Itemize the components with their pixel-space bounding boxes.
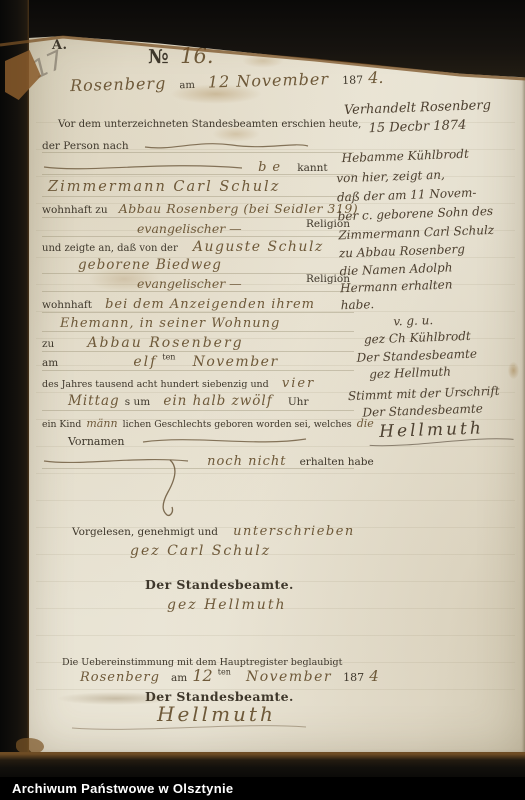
form-line-registrar-title: Der Standesbeamte.	[42, 574, 354, 593]
form-line-residence1: wohnhaft bei dem Anzeigenden ihrem	[42, 293, 354, 313]
certify-am-printed: am	[171, 672, 187, 684]
year-digit-handwritten: 4.	[368, 68, 384, 87]
zu-printed: zu	[42, 338, 54, 350]
form-line-certify-date: Rosenberg am 12 ten November 187 4	[42, 666, 354, 685]
mother-birthname-handwritten: geborene Biedweg	[78, 257, 222, 273]
archive-scan-root: A. № 16. Rosenberg am 12 November 187 4.…	[0, 0, 525, 800]
form-line-declarant: Zimmermann Carl Schulz	[42, 176, 354, 197]
bekannt-printed: kannt	[297, 162, 327, 174]
margin-line: daß der am 11 Novem-	[337, 186, 477, 205]
numero-symbol: №	[148, 46, 169, 68]
margin-line: Hermann erhalten	[340, 277, 453, 295]
certify-day-handwritten: 12	[192, 666, 212, 685]
margin-line: von hier, zeigt an,	[336, 168, 445, 186]
ink-flourish	[140, 434, 310, 448]
am-printed2: am	[42, 357, 58, 369]
form-line-person-nach: der Person nach	[42, 134, 354, 153]
mother-name-handwritten: Auguste Schulz	[193, 239, 324, 255]
kind-suffix-printed: lichen Geschlechts geboren worden sei, w…	[123, 419, 352, 430]
s-um-printed: s um	[125, 396, 150, 408]
daytime-handwritten: Mittag	[68, 393, 120, 409]
margin-line: 15 Decbr 1874	[368, 118, 466, 136]
closing-handwritten: unterschrieben	[233, 524, 355, 539]
certify-month-handwritten: November	[246, 669, 332, 685]
ink-flourish	[42, 160, 247, 174]
bekannt-handwritten: be	[258, 160, 286, 175]
form-line-names: noch nicht erhalten habe	[42, 450, 354, 469]
registrar-signature: gez Hellmuth	[167, 597, 286, 613]
time-handwritten: ein halb zwölf	[163, 393, 272, 409]
form-line-closing: Vorgelesen, genehmigt und unterschrieben	[42, 520, 354, 539]
margin-line: Stimmt mit der Urschrift	[348, 384, 500, 403]
year-handwritten: vier	[282, 376, 315, 391]
form-line-time: Mittag s um ein halb zwölf Uhr	[42, 390, 354, 411]
religion1-handwritten: evangelischer —	[137, 221, 242, 236]
margin-line: Hebamme Kühlbrodt	[341, 147, 469, 165]
zeigte-an-printed: und zeigte an, daß von der	[42, 243, 178, 254]
certify-ten-printed: ten	[218, 668, 231, 677]
closing-printed: Vorgelesen, genehmigt und	[72, 526, 218, 538]
registrar-title-printed: Der Standesbeamte.	[145, 577, 294, 592]
register-page: A. № 16. Rosenberg am 12 November 187 4.…	[26, 26, 525, 754]
ink-flourish	[142, 138, 312, 152]
intro-printed: Vor dem unterzeichneten Standesbeamten e…	[58, 119, 361, 130]
margin-line: Der Standesbeamte	[362, 401, 483, 419]
names-handwritten: noch nicht	[207, 454, 286, 469]
form-line-mother: und zeigte an, daß von der Auguste Schul…	[42, 236, 354, 255]
kind-prefix-printed: ein Kind	[42, 419, 81, 430]
margin-line: Zimmermann Carl Schulz	[338, 223, 494, 242]
declarant-address-handwritten: Abbau Rosenberg (bei Seidler 319)	[119, 201, 358, 216]
margin-line: gez Ch Kühlbrodt	[364, 329, 471, 347]
form-body: Vor dem unterzeichneten Standesbeamten e…	[42, 106, 354, 746]
archive-caption-bar: Archiwum Państwowe w Olsztynie	[0, 777, 525, 800]
year-line-printed: des Jahres tausend acht hundert siebenzi…	[42, 379, 269, 390]
certify-year-handwritten: 4	[369, 667, 379, 685]
book-spine-left	[0, 0, 29, 774]
year-printed: 187	[342, 73, 363, 87]
margin-line: ber c. geborene Sohn des	[337, 204, 493, 223]
date-handwritten: 12 November	[208, 69, 330, 91]
ink-flourish-underline	[70, 720, 310, 734]
am-printed: am	[179, 80, 195, 91]
person-nach-printed: der Person nach	[42, 140, 129, 152]
record-date-line: Rosenberg am 12 November 187 4.	[70, 68, 384, 95]
margin-line: die Namen Adolph	[339, 260, 452, 278]
birthplace-handwritten: Abbau Rosenberg	[87, 335, 243, 351]
religion2-handwritten: evangelischer —	[137, 276, 242, 291]
book-cover-bottom	[0, 752, 525, 778]
declarant-name-handwritten: Zimmermann Carl Schulz	[48, 179, 280, 195]
uhr-printed: Uhr	[288, 396, 309, 408]
margin-line: gez Hellmuth	[369, 365, 451, 382]
form-line-intro: Vor dem unterzeichneten Standesbeamten e…	[42, 112, 354, 131]
form-line-bekannt: be kannt	[42, 156, 354, 175]
margin-line: Der Standesbeamte	[356, 347, 477, 365]
birthmonth-handwritten: November	[193, 354, 279, 370]
form-line-gender: ein Kind männ lichen Geschlechts geboren…	[42, 412, 354, 431]
ink-flourish-vertical	[154, 458, 184, 518]
certify-place-handwritten: Rosenberg	[80, 670, 160, 685]
margin-line: v. g. u.	[393, 313, 433, 328]
vornamen-printed: Vornamen	[68, 435, 124, 448]
form-line-religion1: evangelischer — Religion	[42, 218, 354, 237]
margin-line: habe.	[341, 297, 375, 312]
form-line-birthplace: zu Abbau Rosenberg	[42, 332, 354, 352]
form-line-vornamen: Vornamen	[42, 430, 354, 449]
form-line-declarant-signature: gez Carl Schulz	[42, 540, 354, 559]
wohnhaft-zu-printed: wohnhaft zu	[42, 204, 108, 216]
archive-name-label: Archiwum Państwowe w Olsztynie	[0, 777, 525, 800]
residence2-handwritten: Ehemann, in seiner Wohnung	[60, 316, 280, 331]
margin-line: Verhandelt Rosenberg	[344, 98, 491, 118]
form-line-residence2: Ehemann, in seiner Wohnung	[42, 312, 354, 332]
ten-suffix-printed: ten	[162, 353, 175, 362]
margin-line: zu Abbau Rosenberg	[339, 242, 465, 260]
margin-annotation: Verhandelt Rosenberg 15 Decbr 1874 Hebam…	[333, 89, 525, 475]
form-line-registrar-signature: gez Hellmuth	[42, 594, 354, 613]
certify-year-printed: 187	[343, 671, 364, 684]
place-handwritten: Rosenberg	[70, 74, 167, 96]
form-line-birthday: am elf ten November	[42, 351, 354, 371]
declarant-signature: gez Carl Schulz	[130, 543, 271, 559]
form-line-address: wohnhaft zu Abbau Rosenberg (bei Seidler…	[42, 198, 354, 218]
gender-handwritten: männ	[86, 417, 117, 430]
birthday-handwritten: elf	[133, 354, 157, 370]
form-line-birthname: geborene Biedweg	[42, 254, 354, 274]
residence1-handwritten: bei dem Anzeigenden ihrem	[105, 297, 315, 312]
form-line-year: des Jahres tausend acht hundert siebenzi…	[42, 372, 354, 391]
wohnhaft-printed: wohnhaft	[42, 299, 92, 311]
form-line-religion2: evangelischer — Religion	[42, 273, 354, 292]
